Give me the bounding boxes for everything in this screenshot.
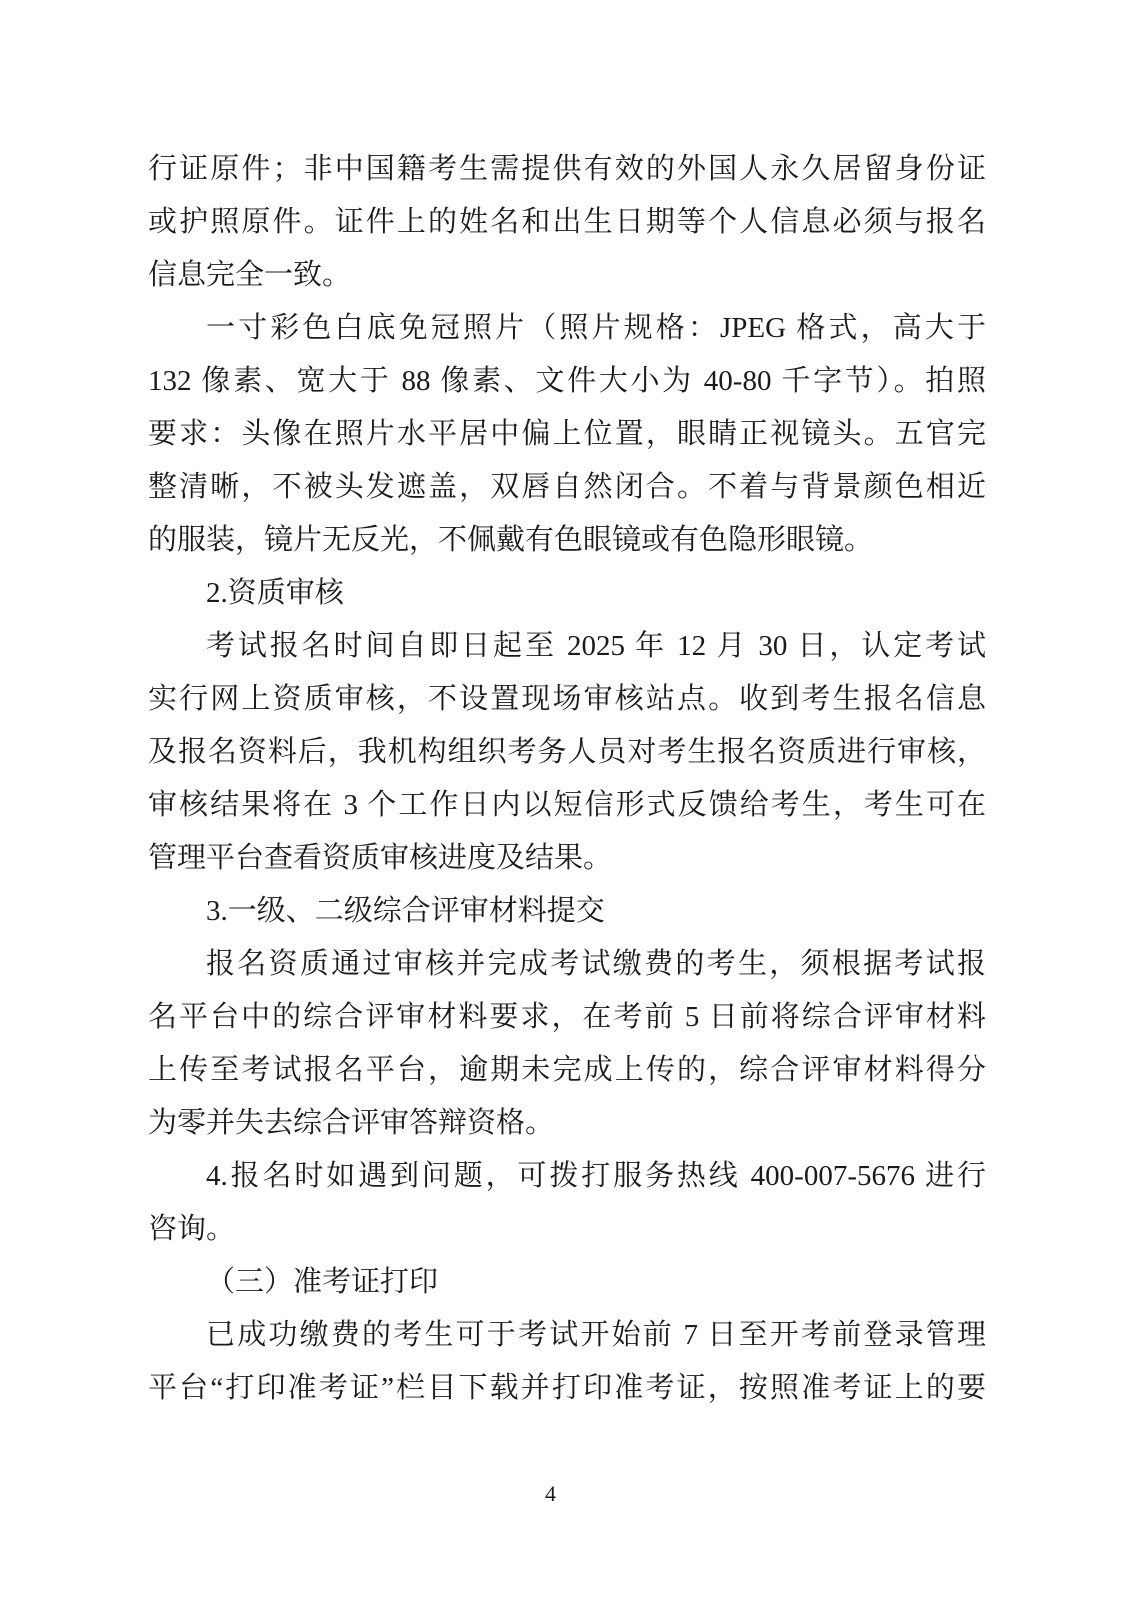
document-page: 行证原件；非中国籍考生需提供有效的外国人永久居留身份证或护照原件。证件上的姓名和…: [0, 0, 1131, 1600]
text-line: 已成功缴费的考生可于考试开始前 7 日至开考前登录管理: [148, 1309, 986, 1362]
document-body: 行证原件；非中国籍考生需提供有效的外国人永久居留身份证或护照原件。证件上的姓名和…: [148, 143, 986, 1415]
text-line: 或护照原件。证件上的姓名和出生日期等个人信息必须与报名: [148, 196, 986, 249]
text-line: 的服装，镜片无反光，不佩戴有色眼镜或有色隐形眼镜。: [148, 514, 986, 567]
text-line: 要求：头像在照片水平居中偏上位置，眼睛正视镜头。五官完: [148, 408, 986, 461]
text-line: 实行网上资质审核，不设置现场审核站点。收到考生报名信息: [148, 673, 986, 726]
page-number: 4: [545, 1481, 556, 1506]
text-line: 一寸彩色白底免冠照片（照片规格：JPEG 格式，高大于: [148, 302, 986, 355]
text-line: 审核结果将在 3 个工作日内以短信形式反馈给考生，考生可在: [148, 779, 986, 832]
text-line: 咨询。: [148, 1203, 986, 1256]
text-line: 考试报名时间自即日起至 2025 年 12 月 30 日，认定考试: [148, 620, 986, 673]
text-line: 上传至考试报名平台，逾期未完成上传的，综合评审材料得分: [148, 1044, 986, 1097]
text-line: 2.资质审核: [148, 567, 986, 620]
text-line: 报名资质通过审核并完成考试缴费的考生，须根据考试报: [148, 938, 986, 991]
text-line: 及报名资料后，我机构组织考务人员对考生报名资质进行审核，: [148, 726, 986, 779]
text-line: 平台“打印准考证”栏目下载并打印准考证，按照准考证上的要: [148, 1362, 986, 1415]
text-line: 为零并失去综合评审答辩资格。: [148, 1097, 986, 1150]
page-footer: 4: [0, 1481, 1116, 1507]
text-line: 信息完全一致。: [148, 249, 986, 302]
text-line: 整清晰，不被头发遮盖，双唇自然闭合。不着与背景颜色相近: [148, 461, 986, 514]
text-line: 行证原件；非中国籍考生需提供有效的外国人永久居留身份证: [148, 143, 986, 196]
text-line: 名平台中的综合评审材料要求，在考前 5 日前将综合评审材料: [148, 991, 986, 1044]
text-line: （三）准考证打印: [148, 1256, 986, 1309]
text-line: 3.一级、二级综合评审材料提交: [148, 885, 986, 938]
text-line: 管理平台查看资质审核进度及结果。: [148, 832, 986, 885]
text-line: 4.报名时如遇到问题，可拨打服务热线 400-007-5676 进行: [148, 1150, 986, 1203]
text-line: 132 像素、宽大于 88 像素、文件大小为 40-80 千字节）。拍照: [148, 355, 986, 408]
